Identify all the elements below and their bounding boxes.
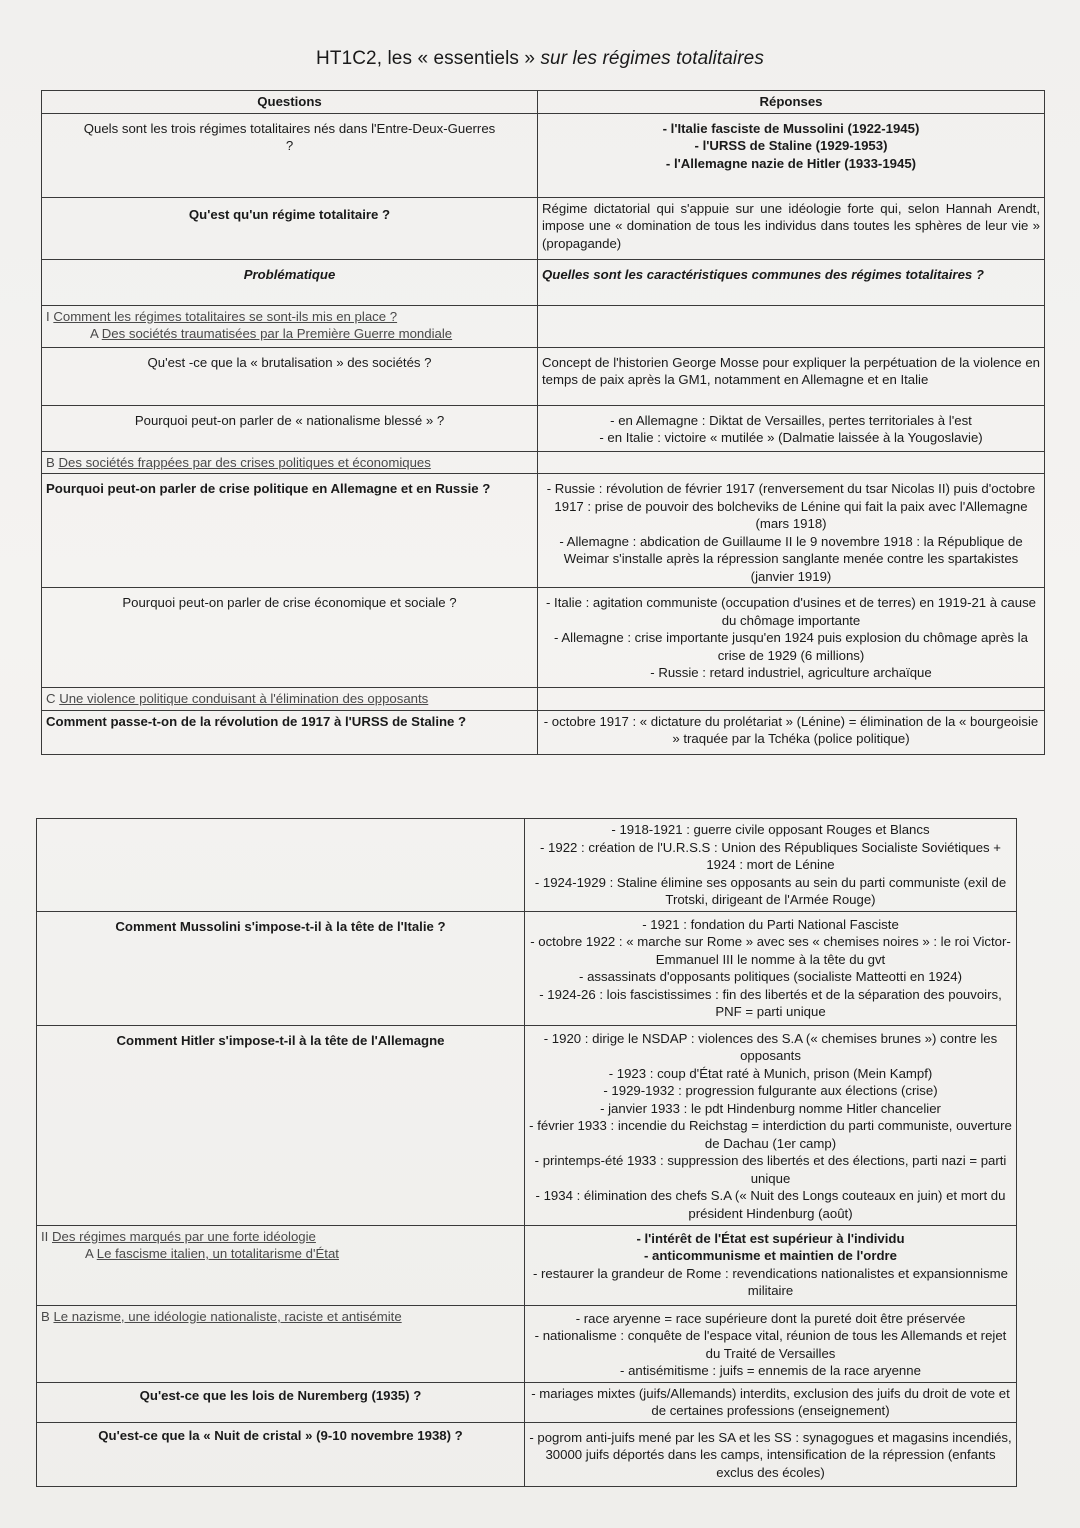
question-cell: Comment passe-t-on de la révolution de 1… [42, 710, 538, 754]
answer-cell: - Russie : révolution de février 1917 (r… [538, 474, 1045, 588]
table-row: Comment Mussolini s'impose-t-il à la têt… [37, 911, 1017, 1025]
problematique-text: Quelles sont les caractéristiques commun… [538, 259, 1045, 305]
essentials-table-part-2: - 1918-1921 : guerre civile opposant Rou… [36, 818, 1017, 1487]
section-heading-C: C Une violence politique conduisant à l'… [42, 688, 538, 711]
table-row: Qu'est-ce que les lois de Nuremberg (193… [37, 1382, 1017, 1422]
answer-cell: Régime dictatorial qui s'appuie sur une … [538, 197, 1045, 259]
question-cell: Qu'est-ce que les lois de Nuremberg (193… [37, 1382, 525, 1422]
question-cell: Pourquoi peut-on parler de « nationalism… [42, 405, 538, 451]
answer-cell: Concept de l'historien George Mosse pour… [538, 347, 1045, 405]
section-heading-II: II Des régimes marqués par une forte idé… [37, 1225, 525, 1305]
section-heading-I: I Comment les régimes totalitaires se so… [42, 305, 538, 347]
section-row: B Des sociétés frappées par des crises p… [42, 451, 1045, 474]
table-row: Problématique Quelles sont les caractéri… [42, 259, 1045, 305]
table-row: - 1918-1921 : guerre civile opposant Rou… [37, 819, 1017, 912]
question-cell: Qu'est qu'un régime totalitaire ? [42, 197, 538, 259]
empty-cell [538, 305, 1045, 347]
table-row: Qu'est-ce que la « Nuit de cristal » (9-… [37, 1422, 1017, 1486]
question-cell: Pourquoi peut-on parler de crise politiq… [42, 474, 538, 588]
question-cell: Qu'est -ce que la « brutalisation » des … [42, 347, 538, 405]
section-heading-B: B Des sociétés frappées par des crises p… [42, 451, 538, 474]
table-row: Pourquoi peut-on parler de crise politiq… [42, 474, 1045, 588]
answer-cell: - mariages mixtes (juifs/Allemands) inte… [525, 1382, 1017, 1422]
answer-cell: - pogrom anti-juifs mené par les SA et l… [525, 1422, 1017, 1486]
problematique-label: Problématique [42, 259, 538, 305]
header-questions: Questions [42, 91, 538, 114]
empty-cell [538, 451, 1045, 474]
question-cell: Comment Hitler s'impose-t-il à la tête d… [37, 1025, 525, 1225]
section-row: C Une violence politique conduisant à l'… [42, 688, 1045, 711]
section-row: B Le nazisme, une idéologie nationaliste… [37, 1305, 1017, 1382]
empty-cell [538, 688, 1045, 711]
answer-cell: - en Allemagne : Diktat de Versailles, p… [538, 405, 1045, 451]
table-row: Quels sont les trois régimes totalitaire… [42, 113, 1045, 197]
table-row: Qu'est qu'un régime totalitaire ? Régime… [42, 197, 1045, 259]
table-row: Comment passe-t-on de la révolution de 1… [42, 710, 1045, 754]
answer-cell: - 1921 : fondation du Parti National Fas… [525, 911, 1017, 1025]
table-row: Pourquoi peut-on parler de « nationalism… [42, 405, 1045, 451]
section-heading-II-B: B Le nazisme, une idéologie nationaliste… [37, 1305, 525, 1382]
scanned-page: HT1C2, les « essentiels » sur les régime… [0, 0, 1080, 1528]
header-responses: Réponses [538, 91, 1045, 114]
question-cell: Qu'est-ce que la « Nuit de cristal » (9-… [37, 1422, 525, 1486]
table-row: Comment Hitler s'impose-t-il à la tête d… [37, 1025, 1017, 1225]
answer-cell: - octobre 1917 : « dictature du prolétar… [538, 710, 1045, 754]
answer-cell: - l'Italie fasciste de Mussolini (1922-1… [538, 113, 1045, 197]
page-title: HT1C2, les « essentiels » sur les régime… [0, 48, 1080, 70]
table-row: Pourquoi peut-on parler de crise économi… [42, 588, 1045, 688]
answer-cell: - 1920 : dirige le NSDAP : violences des… [525, 1025, 1017, 1225]
answer-cell: - Italie : agitation communiste (occupat… [538, 588, 1045, 688]
table-row: Qu'est -ce que la « brutalisation » des … [42, 347, 1045, 405]
question-cell: Comment Mussolini s'impose-t-il à la têt… [37, 911, 525, 1025]
answer-cell: - l'intérêt de l'État est supérieur à l'… [525, 1225, 1017, 1305]
answer-cell: - race aryenne = race supérieure dont la… [525, 1305, 1017, 1382]
section-row: I Comment les régimes totalitaires se so… [42, 305, 1045, 347]
table-header-row: Questions Réponses [42, 91, 1045, 114]
essentials-table-part-1: Questions Réponses Quels sont les trois … [41, 90, 1045, 755]
question-cell: Pourquoi peut-on parler de crise économi… [42, 588, 538, 688]
question-cell: Quels sont les trois régimes totalitaire… [42, 113, 538, 197]
question-cell [37, 819, 525, 912]
answer-cell: - 1918-1921 : guerre civile opposant Rou… [525, 819, 1017, 912]
section-row: II Des régimes marqués par une forte idé… [37, 1225, 1017, 1305]
